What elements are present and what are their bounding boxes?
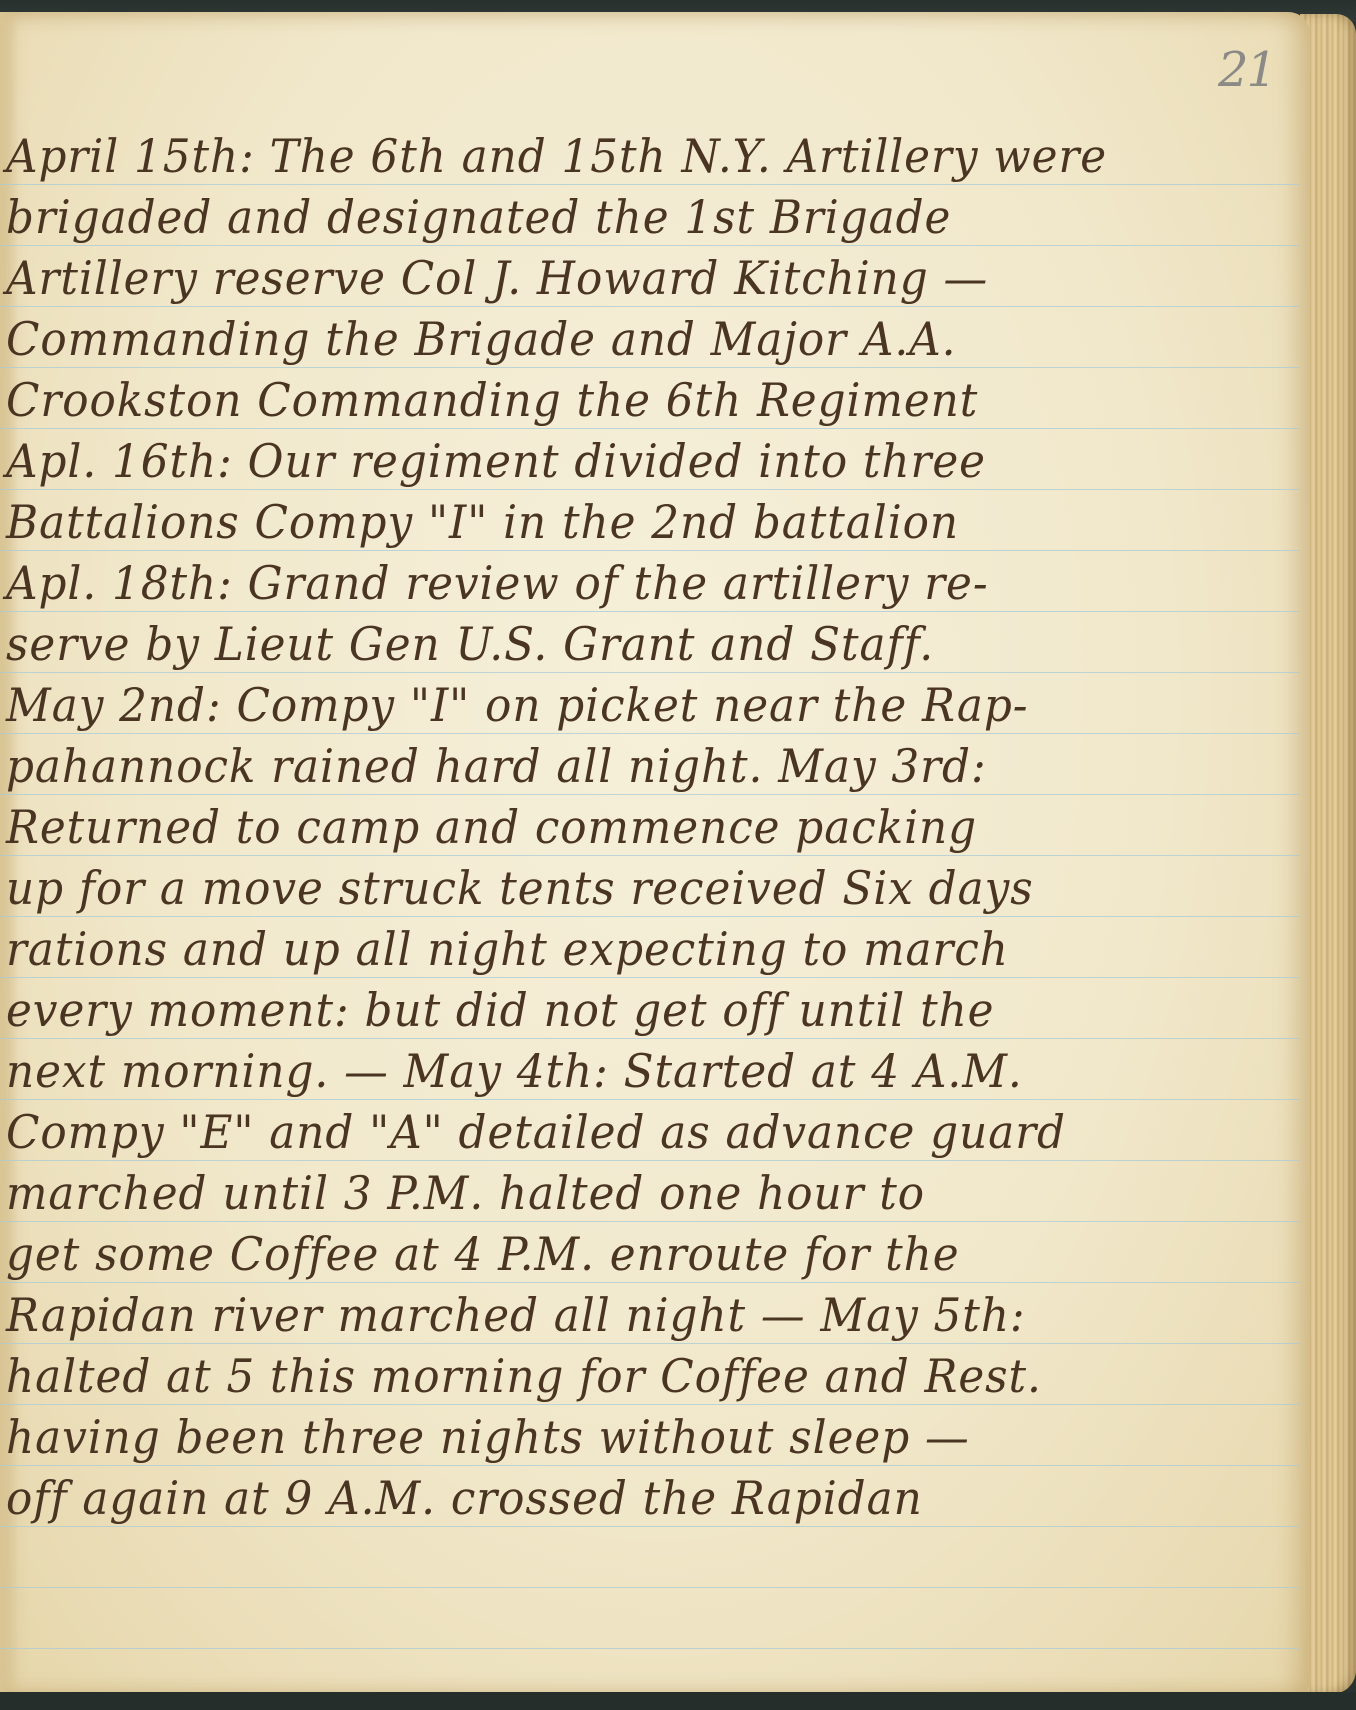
text-line-20: Rapidan river marched all night — May 5t… [6,1289,1232,1341]
text-line-19: get some Coffee at 4 P.M. enroute for th… [6,1228,1232,1280]
text-line-3: Artillery reserve Col J. Howard Kitching… [6,252,1232,304]
text-line-17: Compy "E" and "A" detailed as advance gu… [6,1106,1232,1158]
ruled-line [0,367,1300,368]
text-line-21: halted at 5 this morning for Coffee and … [6,1350,1232,1402]
ruled-line [0,1404,1300,1405]
ruled-line [0,306,1300,307]
ruled-line [0,1648,1300,1649]
text-line-8: Apl. 18th: Grand review of the artillery… [6,557,1232,609]
ruled-line [0,1526,1300,1527]
ruled-line [0,550,1300,551]
ruled-line [0,916,1300,917]
text-line-13: up for a move struck tents received Six … [6,862,1232,914]
text-line-9: serve by Lieut Gen U.S. Grant and Staff. [6,618,1232,670]
ruled-line [0,1282,1300,1283]
ruled-line [0,1099,1300,1100]
ruled-line [0,1465,1300,1466]
text-line-4: Commanding the Brigade and Major A.A. [6,313,1232,365]
journal-page: 21 April 15th: The 6th and 15th N.Y. Art… [0,12,1310,1696]
text-line-18: marched until 3 P.M. halted one hour to [6,1167,1232,1219]
scanned-journal-page: 21 April 15th: The 6th and 15th N.Y. Art… [0,0,1356,1710]
text-line-7: Battalions Compy "I" in the 2nd battalio… [6,496,1232,548]
text-line-5: Crookston Commanding the 6th Regiment [6,374,1232,426]
ruled-line [0,1221,1300,1222]
text-line-22: having been three nights without sleep — [6,1411,1232,1463]
ruled-line [0,245,1300,246]
ruled-line [0,672,1300,673]
book-cover-bottom [0,1692,1356,1710]
text-line-2: brigaded and designated the 1st Brigade [6,191,1232,243]
ruled-line [0,489,1300,490]
ruled-line [0,1160,1300,1161]
page-number: 21 [1218,42,1275,98]
text-line-10: May 2nd: Compy "I" on picket near the Ra… [6,679,1232,731]
text-line-16: next morning. — May 4th: Started at 4 A.… [6,1045,1232,1097]
text-line-11: pahannock rained hard all night. May 3rd… [6,740,1232,792]
ruled-line [0,1343,1300,1344]
ruled-line [0,794,1300,795]
ruled-line [0,855,1300,856]
text-line-23: off again at 9 A.M. crossed the Rapidan [6,1472,1232,1524]
text-line-14: rations and up all night expecting to ma… [6,923,1232,975]
ruled-line [0,184,1300,185]
ruled-line [0,1038,1300,1039]
ruled-line [0,1587,1300,1588]
text-line-12: Returned to camp and commence packing [6,801,1232,853]
text-line-1: April 15th: The 6th and 15th N.Y. Artill… [6,130,1232,182]
ruled-line [0,733,1300,734]
ruled-line [0,977,1300,978]
text-line-6: Apl. 16th: Our regiment divided into thr… [6,435,1232,487]
ruled-line [0,611,1300,612]
ruled-line [0,428,1300,429]
text-line-15: every moment: but did not get off until … [6,984,1232,1036]
